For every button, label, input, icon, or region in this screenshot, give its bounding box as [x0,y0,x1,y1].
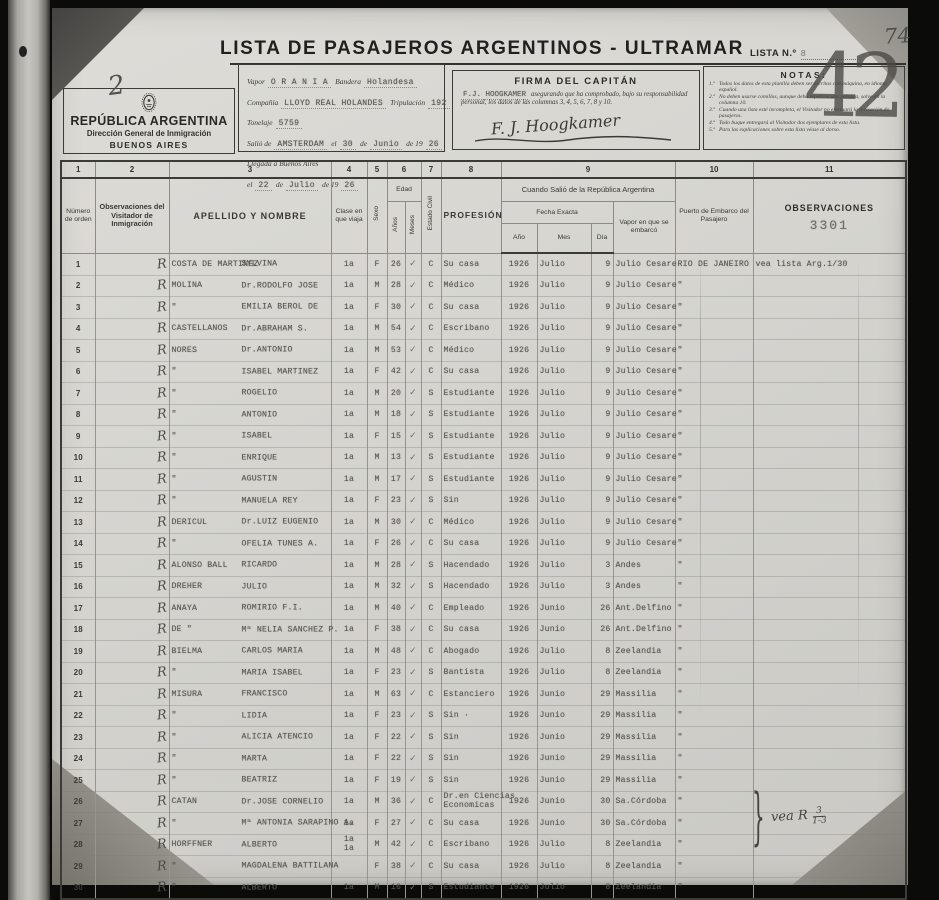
cell-mes: Julio [537,856,591,878]
cell-sexo: F [367,490,387,512]
surname: CASTELLANOS [172,324,228,333]
surname: " [172,303,177,312]
cell-mes: Junio [537,705,591,727]
cell-anio: 1926 [501,383,537,405]
cell-mes: Julio [537,404,591,426]
handwritten-r-mark: R [156,493,168,509]
cell-profesion: Su casa [441,533,501,555]
cell-anio: 1926 [501,297,537,319]
cell-sexo: F [367,705,387,727]
cell-puerto: " [675,469,753,491]
cell-order-number: 15 [61,555,95,577]
cell-vapor: Zeelandia [613,641,675,663]
cell-edad-anos: 40 [387,598,405,620]
table-row: 10 R "ENRIQUE 1a M 13 ✓ S Estudiante 192… [61,447,906,469]
cell-sexo: M [367,447,387,469]
cell-clase: 1a [331,533,367,555]
cell-puerto: " [675,813,753,835]
ship-info-line: Salió deAMSTERDAMel30deJuniode 1926 [247,133,438,151]
table-row: 14 R "OFELIA TUNES A. 1a F 26 ✓ C Su cas… [61,533,906,555]
header-apellido-nombre: APELLIDO Y NOMBRE [169,178,331,253]
cell-estado-civil: C [421,813,441,835]
cell-anio: 1926 [501,447,537,469]
cell-dia: 9 [591,361,613,383]
colnum-7: 7 [421,161,441,178]
handwritten-r-mark: R [156,536,168,552]
checkmark: ✓ [409,603,417,613]
cell-observaciones [753,512,906,534]
checkmark: ✓ [409,474,417,484]
cell-edad-anos: 30 [387,297,405,319]
cell-edad-anos: 15 [387,426,405,448]
table-row: 13 R DERICULDr.LUIZ EUGENIO 1a M 30 ✓ C … [61,512,906,534]
given-name: ISABEL MARTINEZ [242,367,319,376]
cell-sexo: F [367,619,387,641]
cell-vapor: Julio Cesare [613,533,675,555]
cell-observaciones [753,318,906,340]
header-observaciones-visitador: Observaciones del Visitador de Inmigraci… [95,178,169,253]
table-row: 8 R "ANTONIO 1a M 18 ✓ S Estudiante 1926… [61,404,906,426]
surname: " [172,475,177,484]
cell-sexo: F [367,297,387,319]
cell-puerto: " [675,555,753,577]
given-name: Dr.ANTONIO [242,346,293,355]
cell-estado-civil: C [421,361,441,383]
cell-name: HORFFNERALBERTO [169,834,331,856]
surname: HORFFNER [172,840,213,849]
given-name: ROGELIO [242,389,278,398]
org-city: BUENOS AIRES [64,140,234,150]
cell-edad-meses: ✓ [405,512,421,534]
cell-visitor-mark: R [95,383,169,405]
cell-edad-anos: 30 [387,512,405,534]
surname: " [172,754,177,763]
colnum-10: 10 [675,161,753,178]
cell-puerto: " [675,856,753,878]
captain-clause: F.J. HOOGKAMERasegurando que ha comproba… [461,91,691,107]
large-handwritten-number: 42 [803,41,897,131]
table-row: 29 R "MAGDALENA BATTILANA F 38 ✓ C Su ca… [61,856,906,878]
cell-edad-meses: ✓ [405,404,421,426]
cell-clase: 1a [331,684,367,706]
cell-edad-meses: ✓ [405,770,421,792]
cell-edad-anos: 22 [387,748,405,770]
cell-clase: 1a [331,641,367,663]
cell-profesion: Sin [441,490,501,512]
header-estado-civil: Estado Civil [421,178,441,253]
handwritten-r-mark: R [156,450,168,466]
given-name: Dr.ABRAHAM S. [242,324,308,333]
cell-vapor: Julio Cesare [613,383,675,405]
cell-edad-meses: ✓ [405,253,421,275]
checkmark: ✓ [409,281,417,291]
cell-edad-anos: 38 [387,619,405,641]
given-name: RICARDO [242,561,278,570]
cell-order-number: 21 [61,684,95,706]
cell-edad-anos: 23 [387,490,405,512]
cell-puerto: " [675,619,753,641]
checkmark: ✓ [409,646,417,656]
cell-edad-meses: ✓ [405,598,421,620]
cell-observaciones [753,297,906,319]
cell-observaciones [753,598,906,620]
cell-vapor: Sa.Córdoba [613,813,675,835]
surname: " [172,389,177,398]
table-row: 25 R "BEATRIZ 1a F 19 ✓ S Sin 1926 Junio… [61,770,906,792]
cell-sexo: F [367,253,387,275]
cell-order-number: 16 [61,576,95,598]
cell-estado-civil: S [421,770,441,792]
cell-name: "ROGELIO [169,383,331,405]
cell-vapor: Ant.Delfino [613,619,675,641]
table-row: 19 R BIELMACARLOS MARIA 1a M 48 ✓ C Abog… [61,641,906,663]
cell-mes: Junio [537,791,591,813]
cell-edad-meses: ✓ [405,813,421,835]
spine-hole [19,46,27,57]
cell-edad-meses: ✓ [405,619,421,641]
surname: " [172,539,177,548]
cell-name: DERICULDr.LUIZ EUGENIO [169,512,331,534]
cell-estado-civil: C [421,318,441,340]
checkmark: ✓ [409,539,417,549]
cell-dia: 9 [591,447,613,469]
cell-dia: 9 [591,404,613,426]
cell-visitor-mark: R [95,318,169,340]
header-sexo: Sexo [367,178,387,253]
given-name: ISABEL [242,432,273,441]
cell-anio: 1926 [501,253,537,275]
cell-estado-civil: S [421,404,441,426]
cell-sexo: F [367,856,387,878]
cell-name: "MAGDALENA BATTILANA [169,856,331,878]
cell-vapor: Julio Cesare [613,340,675,362]
cell-vapor: Ant.Delfino [613,598,675,620]
handwritten-r-mark: R [156,729,168,745]
table-row: 16 R DREHERJULIO 1a M 32 ✓ S Hacendado 1… [61,576,906,598]
cell-edad-meses: ✓ [405,791,421,813]
cell-puerto: " [675,297,753,319]
cell-order-number: 10 [61,447,95,469]
cell-observaciones [753,469,906,491]
cell-order-number: 7 [61,383,95,405]
surname: BIELMA [172,647,203,656]
cell-anio: 1926 [501,619,537,641]
cell-mes: Julio [537,383,591,405]
cell-edad-anos: 19 [387,770,405,792]
cell-estado-civil: C [421,253,441,275]
cell-estado-civil: C [421,641,441,663]
handwritten-r-mark: R [156,299,168,315]
surname: CATAN [172,797,198,806]
checkmark: ✓ [409,775,417,785]
cell-visitor-mark: R [95,533,169,555]
colnum-2: 2 [95,161,169,178]
cell-edad-anos: 22 [387,727,405,749]
table-row: 9 R "ISABEL 1a F 15 ✓ S Estudiante 1926 … [61,426,906,448]
cell-edad-meses: ✓ [405,447,421,469]
cell-dia: 26 [591,619,613,641]
cell-estado-civil: S [421,662,441,684]
given-name: Mª ANTONIA SARAPINO A. [242,819,355,828]
passenger-list-page: LISTA DE PASAJEROS ARGENTINOS - ULTRAMAR… [52,8,908,885]
cell-anio: 1926 [501,426,537,448]
cell-profesion: Sin [441,770,501,792]
surname: " [172,733,177,742]
cell-vapor: Massilia [613,684,675,706]
surname: " [172,410,177,419]
checkmark: ✓ [409,496,417,506]
cell-edad-anos: 32 [387,576,405,598]
cell-edad-meses: ✓ [405,555,421,577]
cell-anio: 1926 [501,641,537,663]
cell-order-number: 2 [61,275,95,297]
table-row: 12 R "MANUELA REY 1a F 23 ✓ S Sin 1926 J… [61,490,906,512]
cell-puerto: " [675,598,753,620]
header-clase: Clase en que viaja [331,178,367,253]
cell-edad-anos: 16 [387,877,405,899]
header-cuando-salio: Cuando Salió de la República Argentina [501,178,675,202]
cell-profesion: Médico [441,512,501,534]
cell-puerto: " [675,576,753,598]
cell-edad-anos: 17 [387,469,405,491]
cell-anio: 1926 [501,877,537,899]
cell-profesion: Sin · [441,705,501,727]
cell-visitor-mark: R [95,877,169,899]
given-name: Dr.JOSE CORNELIO [242,797,324,806]
cell-anio: 1926 [501,318,537,340]
cell-dia: 9 [591,297,613,319]
coat-of-arms-icon [141,92,157,113]
cell-edad-meses: ✓ [405,426,421,448]
cell-puerto: RIO DE JANEIRO [675,253,753,275]
cell-observaciones [753,770,906,792]
cell-clase: 1a [331,598,367,620]
table-row: 3 R "EMILIA BEROL DE 1a F 30 ✓ C Su casa… [61,297,906,319]
cell-anio: 1926 [501,576,537,598]
signature-flourish [473,133,673,147]
captain-box-title: FIRMA DEL CAPITÁN [461,76,691,87]
header-numero: Número de orden [61,178,95,253]
cell-puerto: " [675,533,753,555]
surname: " [172,668,177,677]
cell-estado-civil: S [421,555,441,577]
cell-profesion: Su casa [441,856,501,878]
cell-puerto: " [675,340,753,362]
cell-order-number: 28 [61,834,95,856]
surname: " [172,496,177,505]
cell-profesion: Estudiante [441,383,501,405]
surname: ANAYA [172,604,198,613]
cell-estado-civil: C [421,684,441,706]
ship-info-line: VaporO R A N I ABanderaHolandesa [247,71,438,89]
cell-edad-meses: ✓ [405,834,421,856]
cell-observaciones [753,555,906,577]
cell-mes: Julio [537,469,591,491]
surname: NORES [172,346,198,355]
cell-anio: 1926 [501,275,537,297]
cell-order-number: 23 [61,727,95,749]
cell-sexo: M [367,512,387,534]
stamp-number: 3301 [756,219,904,234]
handwritten-r-mark: R [156,407,168,423]
cell-profesion: Sin [441,727,501,749]
cell-mes: Junio [537,748,591,770]
cell-puerto: " [675,275,753,297]
header-edad: Edad [387,178,421,202]
table-row: 1 R COSTA DE MARTINEZSYLVINA 1a F 26 ✓ C… [61,253,906,275]
cell-edad-meses: ✓ [405,533,421,555]
cell-order-number: 9 [61,426,95,448]
cell-sexo: M [367,318,387,340]
cell-clase: 1a [331,770,367,792]
cell-vapor: Zeelandia [613,856,675,878]
checkmark: ✓ [409,431,417,441]
header-anio: Año [501,224,537,254]
cell-mes: Junio [537,619,591,641]
handwritten-r-mark: R [156,514,168,530]
checkmark: ✓ [409,689,417,699]
cell-puerto: " [675,383,753,405]
cell-estado-civil: S [421,576,441,598]
cell-observaciones [753,727,906,749]
cell-observaciones [753,340,906,362]
cell-puerto: " [675,770,753,792]
cell-sexo: M [367,404,387,426]
cell-sexo: F [367,813,387,835]
cell-edad-meses: ✓ [405,383,421,405]
checkmark: ✓ [409,754,417,764]
cell-name: ANAYAROMIRIO F.I. [169,598,331,620]
cell-visitor-mark: R [95,404,169,426]
cell-name: "ISABEL [169,426,331,448]
cell-name: "ENRIQUE [169,447,331,469]
table-row: 20 R "MARIA ISABEL 1a F 23 ✓ S Bantista … [61,662,906,684]
colnum-6: 6 [387,161,421,178]
cell-profesion: Abogado [441,641,501,663]
cell-visitor-mark: R [95,297,169,319]
cell-vapor: Massilia [613,705,675,727]
cell-vapor: Julio Cesare [613,447,675,469]
cell-visitor-mark: R [95,469,169,491]
cell-vapor: Andes [613,576,675,598]
cell-vapor: Julio Cesare [613,426,675,448]
colnum-5: 5 [367,161,387,178]
cell-dia: 9 [591,469,613,491]
book-spine-edge [8,0,50,900]
cell-anio: 1926 [501,490,537,512]
header-anos: Años [387,202,405,254]
cell-edad-meses: ✓ [405,748,421,770]
handwritten-r-mark: R [156,321,168,337]
cell-visitor-mark: R [95,555,169,577]
cell-profesion: Estudiante [441,447,501,469]
table-row: 24 R "MARTA 1a F 22 ✓ S Sin 1926 Junio 2… [61,748,906,770]
cell-sexo: F [367,727,387,749]
cell-visitor-mark: R [95,619,169,641]
cell-anio: 1926 [501,555,537,577]
handwritten-r-mark: R [156,579,168,595]
cell-profesion: Estudiante [441,877,501,899]
cell-clase: 1a [331,662,367,684]
cell-order-number: 20 [61,662,95,684]
captain-box: FIRMA DEL CAPITÁN F.J. HOOGKAMERaseguran… [452,70,700,150]
cell-estado-civil: C [421,340,441,362]
handwritten-r-mark: R [156,772,168,788]
surname: " [172,453,177,462]
cell-edad-meses: ✓ [405,641,421,663]
checkmark: ✓ [409,453,417,463]
cell-profesion: Sin [441,748,501,770]
cell-sexo: F [367,426,387,448]
cell-vapor: Julio Cesare [613,318,675,340]
cell-visitor-mark: R [95,834,169,856]
cell-edad-anos: 48 [387,641,405,663]
cell-mes: Julio [537,340,591,362]
cell-sexo: M [367,383,387,405]
ship-info-box: VaporO R A N I ABanderaHolandesaCompañía… [238,64,445,152]
checkmark: ✓ [409,582,417,592]
cell-edad-anos: 36 [387,791,405,813]
handwritten-r-mark: R [156,278,168,294]
cell-dia: 8 [591,834,613,856]
cell-clase: 1a [331,361,367,383]
checkmark: ✓ [409,259,417,269]
cell-sexo: F [367,662,387,684]
cell-observaciones [753,576,906,598]
colnum-8: 8 [441,161,501,178]
cell-order-number: 30 [61,877,95,899]
cell-puerto: " [675,512,753,534]
cell-observaciones: vea lista Arg.1/30 [753,253,906,275]
cell-edad-meses: ✓ [405,662,421,684]
photo-corner-top-left [52,8,144,100]
cell-anio: 1926 [501,834,537,856]
given-name: MARTA [242,754,268,763]
cell-mes: Julio [537,426,591,448]
given-name: ALBERTO [242,883,278,892]
cell-name: DREHERJULIO [169,576,331,598]
cell-anio: 1926 [501,813,537,835]
cell-dia: 26 [591,598,613,620]
cell-clase: 1a [331,490,367,512]
checkmark: ✓ [409,517,417,527]
cell-dia: 9 [591,318,613,340]
cell-vapor: Julio Cesare [613,297,675,319]
cell-profesion: Estudiante [441,426,501,448]
cell-edad-anos: 42 [387,361,405,383]
handwritten-r-mark: R [156,665,168,681]
brace-glyph: } [752,779,765,853]
cell-estado-civil: C [421,533,441,555]
cell-profesion: Médico [441,275,501,297]
cell-mes: Junio [537,684,591,706]
cell-dia: 29 [591,705,613,727]
handwritten-r-mark: R [156,471,168,487]
cell-edad-meses: ✓ [405,877,421,899]
cell-mes: Julio [537,512,591,534]
cell-anio: 1926 [501,770,537,792]
column-numbers-row: 1 2 3 4 5 6 7 8 9 10 11 [61,161,906,178]
checkmark: ✓ [409,797,417,807]
cell-mes: Julio [537,297,591,319]
cell-visitor-mark: R [95,684,169,706]
cell-dia: 30 [591,813,613,835]
cell-edad-meses: ✓ [405,684,421,706]
cell-edad-meses: ✓ [405,705,421,727]
cell-estado-civil: S [421,748,441,770]
cell-edad-meses: ✓ [405,727,421,749]
cell-profesion: Estanciero [441,684,501,706]
